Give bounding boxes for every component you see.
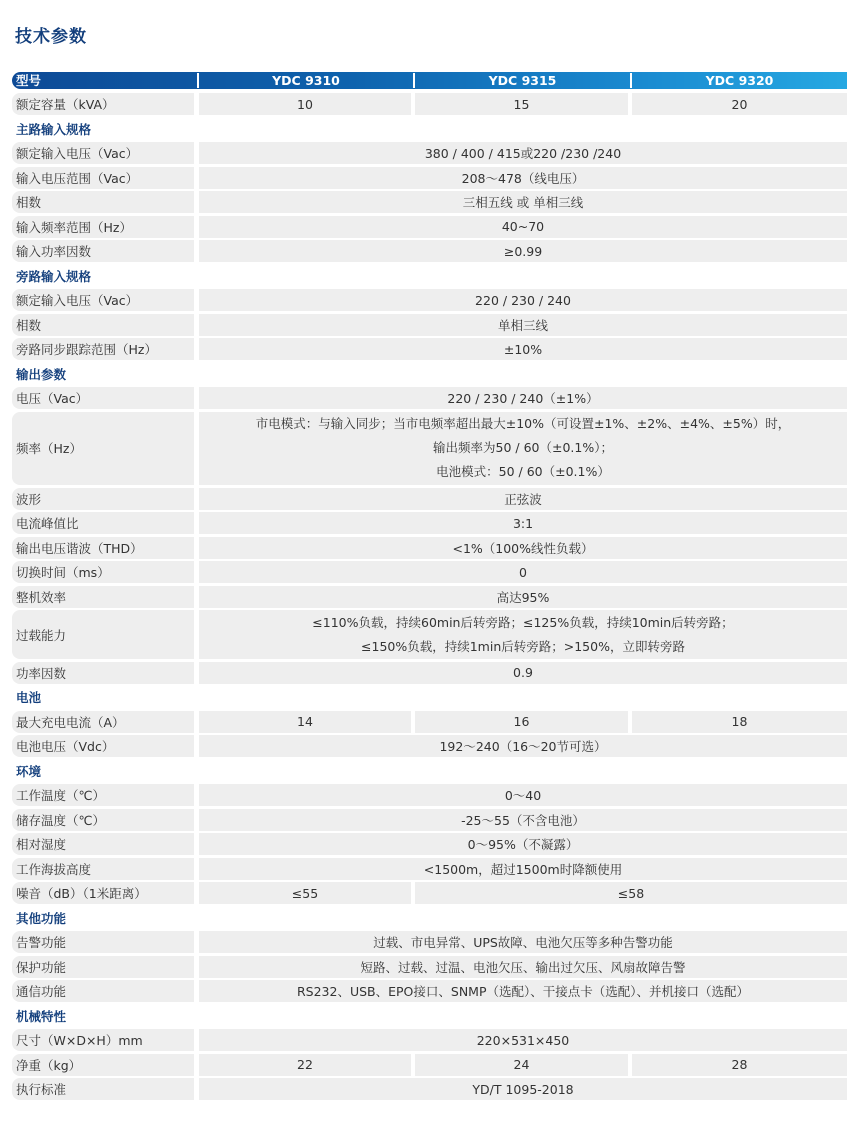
table-row: 输入频率范围（Hz）40~70 xyxy=(12,216,847,238)
spec-table-body: 额定容量（kVA）101520主路输入规格额定输入电压（Vac）380 / 40… xyxy=(12,93,847,1103)
row-value: 380 / 400 / 415或220 /230 /240 xyxy=(199,142,847,164)
table-row: 功率因数0.9 xyxy=(12,662,847,684)
row-label: 净重（kg） xyxy=(12,1054,194,1076)
row-value: <1%（100%线性负载） xyxy=(199,537,847,559)
table-row: 频率（Hz）市电模式：与输入同步；当市电频率超出最大±10%（可设置±1%、±2… xyxy=(12,412,847,486)
row-value: 3:1 xyxy=(199,512,847,534)
table-row: 噪音（dB）（1米距离）≤55≤58 xyxy=(12,882,847,904)
table-row: 通信功能RS232、USB、EPO接口、SNMP（选配）、干接点卡（选配）、并机… xyxy=(12,980,847,1002)
row-value: 22 xyxy=(199,1054,411,1076)
row-label: 切换时间（ms） xyxy=(12,561,194,583)
table-row: 额定输入电压（Vac）220 / 230 / 240 xyxy=(12,289,847,311)
model-header-9310: YDC 9310 xyxy=(199,72,413,89)
row-label: 额定容量（kVA） xyxy=(12,93,194,115)
table-row: 电流峰值比3:1 xyxy=(12,512,847,534)
table-row: 相数三相五线 或 单相三线 xyxy=(12,191,847,213)
row-label: 输入电压范围（Vac） xyxy=(12,167,194,189)
row-label: 电池电压（Vdc） xyxy=(12,735,194,757)
table-row: 净重（kg）222428 xyxy=(12,1054,847,1076)
row-value: 15 xyxy=(415,93,628,115)
row-value-line: ≤110%负载，持续60min后转旁路；≤125%负载，持续10min后转旁路； xyxy=(312,611,733,635)
section-heading: 其他功能 xyxy=(12,907,847,929)
row-label: 执行标准 xyxy=(12,1078,194,1100)
row-label: 过载能力 xyxy=(12,610,194,659)
row-label: 输入功率因数 xyxy=(12,240,194,262)
model-header-9315: YDC 9315 xyxy=(415,72,630,89)
section-heading: 环境 xyxy=(12,760,847,782)
page-title: 技术参数 xyxy=(15,22,87,47)
row-value: 220×531×450 xyxy=(199,1029,847,1051)
row-label: 噪音（dB）（1米距离） xyxy=(12,882,194,904)
row-label: 输入频率范围（Hz） xyxy=(12,216,194,238)
row-value: ≤58 xyxy=(415,882,847,904)
row-value-line: 输出频率为50 / 60（±0.1%）； xyxy=(433,436,613,460)
row-label: 额定输入电压（Vac） xyxy=(12,289,194,311)
table-row: 尺寸（W×D×H）mm220×531×450 xyxy=(12,1029,847,1051)
row-value: 16 xyxy=(415,711,628,733)
row-value: ≤110%负载，持续60min后转旁路；≤125%负载，持续10min后转旁路；… xyxy=(199,610,847,659)
row-label: 保护功能 xyxy=(12,956,194,978)
row-value: 单相三线 xyxy=(199,314,847,336)
table-row: 波形正弦波 xyxy=(12,488,847,510)
row-label: 电压（Vac） xyxy=(12,387,194,409)
row-value: 0～95%（不凝露） xyxy=(199,833,847,855)
section-heading: 旁路输入规格 xyxy=(12,265,847,287)
table-row: 执行标准YD/T 1095-2018 xyxy=(12,1078,847,1100)
table-row: 最大充电电流（A）141618 xyxy=(12,711,847,733)
table-row: 输入电压范围（Vac）208～478（线电压） xyxy=(12,167,847,189)
row-label: 最大充电电流（A） xyxy=(12,711,194,733)
row-value: 短路、过载、过温、电池欠压、输出过欠压、风扇故障告警 xyxy=(199,956,847,978)
row-value: -25～55（不含电池） xyxy=(199,809,847,831)
section-heading: 主路输入规格 xyxy=(12,118,847,140)
table-row: 输出电压谐波（THD）<1%（100%线性负载） xyxy=(12,537,847,559)
row-label: 储存温度（℃） xyxy=(12,809,194,831)
table-row: 整机效率高达95% xyxy=(12,586,847,608)
row-label: 相数 xyxy=(12,314,194,336)
row-label: 频率（Hz） xyxy=(12,412,194,486)
row-value: 0～40 xyxy=(199,784,847,806)
row-value: 10 xyxy=(199,93,411,115)
row-label: 相对湿度 xyxy=(12,833,194,855)
row-label: 波形 xyxy=(12,488,194,510)
row-value: 192～240（16～20节可选） xyxy=(199,735,847,757)
table-row: 输入功率因数≥0.99 xyxy=(12,240,847,262)
table-row: 告警功能过载、市电异常、UPS故障、电池欠压等多种告警功能 xyxy=(12,931,847,953)
row-value: YD/T 1095-2018 xyxy=(199,1078,847,1100)
table-row: 电压（Vac）220 / 230 / 240（±1%） xyxy=(12,387,847,409)
row-label: 额定输入电压（Vac） xyxy=(12,142,194,164)
table-row: 工作海拔高度<1500m，超过1500m时降额使用 xyxy=(12,858,847,880)
model-header-9320: YDC 9320 xyxy=(632,72,847,89)
row-value: 市电模式：与输入同步；当市电频率超出最大±10%（可设置±1%、±2%、±4%、… xyxy=(199,412,847,486)
row-value: 18 xyxy=(632,711,847,733)
row-value-line: ≤150%负载，持续1min后转旁路；>150%，立即转旁路 xyxy=(361,635,685,659)
row-label: 电流峰值比 xyxy=(12,512,194,534)
row-value: 20 xyxy=(632,93,847,115)
row-label: 输出电压谐波（THD） xyxy=(12,537,194,559)
row-value: RS232、USB、EPO接口、SNMP（选配）、干接点卡（选配）、并机接口（选… xyxy=(199,980,847,1002)
row-value: 高达95% xyxy=(199,586,847,608)
row-value: 0.9 xyxy=(199,662,847,684)
table-row: 过载能力≤110%负载，持续60min后转旁路；≤125%负载，持续10min后… xyxy=(12,610,847,659)
section-heading: 电池 xyxy=(12,686,847,708)
model-header-label: 型号 xyxy=(16,72,41,89)
row-label: 工作海拔高度 xyxy=(12,858,194,880)
row-value: 40~70 xyxy=(199,216,847,238)
row-value: 0 xyxy=(199,561,847,583)
row-value: 24 xyxy=(415,1054,628,1076)
row-label: 工作温度（℃） xyxy=(12,784,194,806)
row-value: 三相五线 或 单相三线 xyxy=(199,191,847,213)
row-value: ≤55 xyxy=(199,882,411,904)
row-value: ≥0.99 xyxy=(199,240,847,262)
table-row: 保护功能短路、过载、过温、电池欠压、输出过欠压、风扇故障告警 xyxy=(12,956,847,978)
table-row: 电池电压（Vdc）192～240（16～20节可选） xyxy=(12,735,847,757)
table-row: 储存温度（℃）-25～55（不含电池） xyxy=(12,809,847,831)
row-label: 通信功能 xyxy=(12,980,194,1002)
row-value: 14 xyxy=(199,711,411,733)
table-row: 工作温度（℃）0～40 xyxy=(12,784,847,806)
table-row: 相对湿度0～95%（不凝露） xyxy=(12,833,847,855)
table-row: 额定容量（kVA）101520 xyxy=(12,93,847,115)
row-label: 告警功能 xyxy=(12,931,194,953)
row-value-line: 市电模式：与输入同步；当市电频率超出最大±10%（可设置±1%、±2%、±4%、… xyxy=(256,412,790,436)
spec-table-header: 型号 YDC 9310 YDC 9315 YDC 9320 xyxy=(12,72,847,89)
row-value: 正弦波 xyxy=(199,488,847,510)
table-row: 切换时间（ms）0 xyxy=(12,561,847,583)
row-value: 208～478（线电压） xyxy=(199,167,847,189)
row-label: 相数 xyxy=(12,191,194,213)
row-label: 尺寸（W×D×H）mm xyxy=(12,1029,194,1051)
table-row: 相数单相三线 xyxy=(12,314,847,336)
table-row: 额定输入电压（Vac）380 / 400 / 415或220 /230 /240 xyxy=(12,142,847,164)
row-value: 220 / 230 / 240（±1%） xyxy=(199,387,847,409)
row-value: <1500m，超过1500m时降额使用 xyxy=(199,858,847,880)
row-value-line: 电池模式：50 / 60（±0.1%） xyxy=(436,460,610,484)
table-row: 旁路同步跟踪范围（Hz）±10% xyxy=(12,338,847,360)
row-value: ±10% xyxy=(199,338,847,360)
row-value: 220 / 230 / 240 xyxy=(199,289,847,311)
row-label: 功率因数 xyxy=(12,662,194,684)
section-heading: 输出参数 xyxy=(12,363,847,385)
row-label: 旁路同步跟踪范围（Hz） xyxy=(12,338,194,360)
row-label: 整机效率 xyxy=(12,586,194,608)
section-heading: 机械特性 xyxy=(12,1005,847,1027)
row-value: 过载、市电异常、UPS故障、电池欠压等多种告警功能 xyxy=(199,931,847,953)
row-value: 28 xyxy=(632,1054,847,1076)
